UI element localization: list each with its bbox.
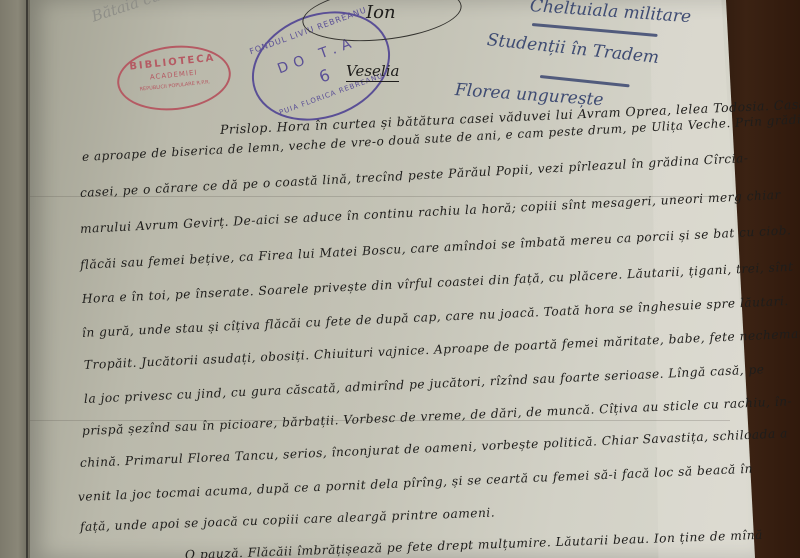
chapter-subtitle: Veselia xyxy=(346,62,399,82)
manuscript-title: Ion xyxy=(366,2,396,23)
book-binding-edge xyxy=(0,0,30,558)
